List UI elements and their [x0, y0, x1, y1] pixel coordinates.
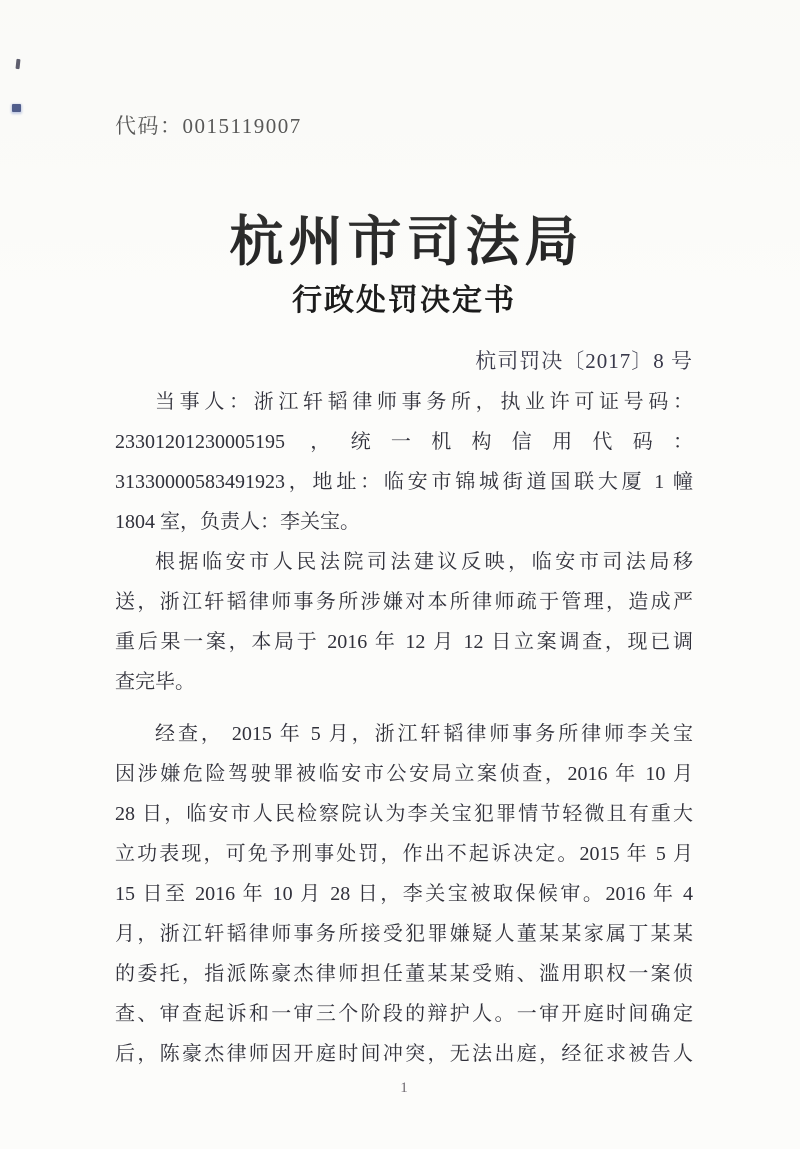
text-line: 28 日，临安市人民检察院认为李关宝犯罪情节轻微且有重大: [115, 794, 693, 834]
document-number: 杭司罚决〔2017〕8 号: [115, 345, 693, 375]
text-line: 当事人：浙江轩韬律师事务所，执业许可证号码：: [115, 382, 693, 422]
text-line: 经查， 2015 年 5 月，浙江轩韬律师事务所律师李关宝: [115, 714, 693, 754]
text-line: 31330000583491923，地址：临安市锦城街道国联大厦 1 幢: [115, 462, 693, 502]
paragraph-parties: 当事人：浙江轩韬律师事务所，执业许可证号码： 23301201230005195…: [115, 382, 693, 542]
document-type-title: 行政处罚决定书: [115, 283, 693, 319]
text-line: 因涉嫌危险驾驶罪被临安市公安局立案侦查，2016 年 10 月: [115, 754, 693, 794]
text-line: 根据临安市人民法院司法建议反映，临安市司法局移: [115, 542, 693, 582]
page-number: 1: [115, 1080, 693, 1097]
text-line: 查完毕。: [115, 662, 693, 702]
text-line: 送，浙江轩韬律师事务所涉嫌对本所律师疏于管理，造成严: [115, 582, 693, 622]
text-line: 重后果一案，本局于 2016 年 12 月 12 日立案调查，现已调: [115, 622, 693, 662]
document-page: 代码：0015119007 杭州市司法局 行政处罚决定书 杭司罚决〔2017〕8…: [0, 0, 800, 1149]
paragraph-findings: 经查， 2015 年 5 月，浙江轩韬律师事务所律师李关宝 因涉嫌危险驾驶罪被临…: [115, 714, 693, 1074]
text-line: 23301201230005195 ，统一机构信用代码：: [115, 422, 693, 462]
paragraph-case-origin: 根据临安市人民法院司法建议反映，临安市司法局移 送，浙江轩韬律师事务所涉嫌对本所…: [115, 542, 693, 702]
text-line: 月，浙江轩韬律师事务所接受犯罪嫌疑人董某某家属丁某某: [115, 914, 693, 954]
text-line: 后，陈豪杰律师因开庭时间冲突，无法出庭，经征求被告人: [115, 1034, 693, 1074]
text-line: 15 日至 2016 年 10 月 28 日，李关宝被取保候审。2016 年 4: [115, 874, 693, 914]
document-code: 代码：0015119007: [115, 110, 693, 140]
text-line: 1804 室，负责人：李关宝。: [115, 502, 693, 542]
text-line: 的委托，指派陈豪杰律师担任董某某受贿、滥用职权一案侦: [115, 954, 693, 994]
text-line: 立功表现，可免予刑事处罚，作出不起诉决定。2015 年 5 月: [115, 834, 693, 874]
text-line: 查、审查起诉和一审三个阶段的辩护人。一审开庭时间确定: [115, 994, 693, 1034]
scan-artifact: [12, 104, 21, 112]
scan-artifact: [15, 59, 20, 69]
page-title: 杭州市司法局: [115, 211, 693, 273]
